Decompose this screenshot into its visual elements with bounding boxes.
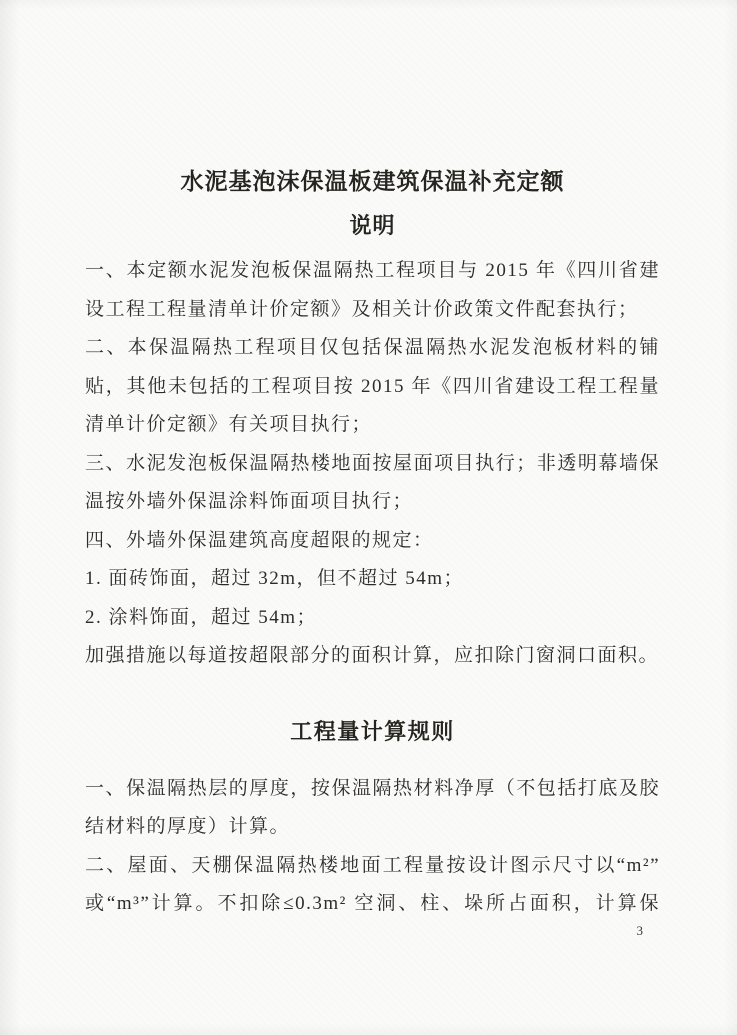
notes-paragraph-1: 一、本定额水泥发泡板保温隔热工程项目与 2015 年《四川省建 设工程工程量清单…: [85, 252, 660, 329]
notes-item-1: 1. 面砖饰面，超过 32m，但不超过 54m；: [85, 560, 660, 599]
text-line: 三、水泥发泡板保温隔热楼地面按屋面项目执行；非透明幕墙保: [85, 445, 660, 484]
notes-paragraph-4: 四、外墙外保温建筑高度超限的规定：: [85, 522, 660, 561]
text-line: 加强措施以每道按超限部分的面积计算，应扣除门窗洞口面积。: [85, 637, 660, 676]
notes-paragraph-2: 二、本保温隔热工程项目仅包括保温隔热水泥发泡板材料的铺 贴，其他未包括的工程项目…: [85, 329, 660, 445]
text-line: 设工程工程量清单计价定额》及相关计价政策文件配套执行；: [85, 291, 660, 330]
text-line: 温按外墙外保温涂料饰面项目执行；: [85, 483, 660, 522]
document-title: 水泥基泡沫保温板建筑保温补充定额: [85, 166, 660, 198]
notes-heading: 说明: [85, 210, 660, 242]
rules-paragraph-2: 二、屋面、天棚保温隔热楼地面工程量按设计图示尺寸以“m²” 或“m³”计算。不扣…: [85, 847, 660, 924]
rules-heading: 工程量计算规则: [85, 716, 660, 748]
text-line: 清单计价定额》有关项目执行；: [85, 406, 660, 445]
text-line: 一、保温隔热层的厚度，按保温隔热材料净厚（不包括打底及胶: [85, 770, 660, 809]
notes-paragraph-3: 三、水泥发泡板保温隔热楼地面按屋面项目执行；非透明幕墙保 温按外墙外保温涂料饰面…: [85, 445, 660, 522]
rules-section: 一、保温隔热层的厚度，按保温隔热材料净厚（不包括打底及胶 结材料的厚度）计算。 …: [85, 770, 660, 924]
text-line: 结材料的厚度）计算。: [85, 808, 660, 847]
text-line: 贴，其他未包括的工程项目按 2015 年《四川省建设工程工程量: [85, 368, 660, 407]
text-line: 或“m³”计算。不扣除≤0.3m² 空洞、柱、垛所占面积，计算保: [85, 885, 660, 924]
page-number: 3: [637, 922, 644, 940]
text-line: 2. 涂料饰面，超过 54m；: [85, 599, 660, 638]
notes-closing-note: 加强措施以每道按超限部分的面积计算，应扣除门窗洞口面积。: [85, 637, 660, 676]
text-line: 一、本定额水泥发泡板保温隔热工程项目与 2015 年《四川省建: [85, 252, 660, 291]
scanned-document-page: 水泥基泡沫保温板建筑保温补充定额 说明 一、本定额水泥发泡板保温隔热工程项目与 …: [0, 0, 737, 1035]
text-line: 四、外墙外保温建筑高度超限的规定：: [85, 522, 660, 561]
rules-paragraph-1: 一、保温隔热层的厚度，按保温隔热材料净厚（不包括打底及胶 结材料的厚度）计算。: [85, 770, 660, 847]
document-content: 水泥基泡沫保温板建筑保温补充定额 说明 一、本定额水泥发泡板保温隔热工程项目与 …: [0, 0, 737, 924]
text-line: 二、屋面、天棚保温隔热楼地面工程量按设计图示尺寸以“m²”: [85, 847, 660, 886]
notes-section: 一、本定额水泥发泡板保温隔热工程项目与 2015 年《四川省建 设工程工程量清单…: [85, 252, 660, 676]
notes-item-2: 2. 涂料饰面，超过 54m；: [85, 599, 660, 638]
text-line: 二、本保温隔热工程项目仅包括保温隔热水泥发泡板材料的铺: [85, 329, 660, 368]
text-line: 1. 面砖饰面，超过 32m，但不超过 54m；: [85, 560, 660, 599]
